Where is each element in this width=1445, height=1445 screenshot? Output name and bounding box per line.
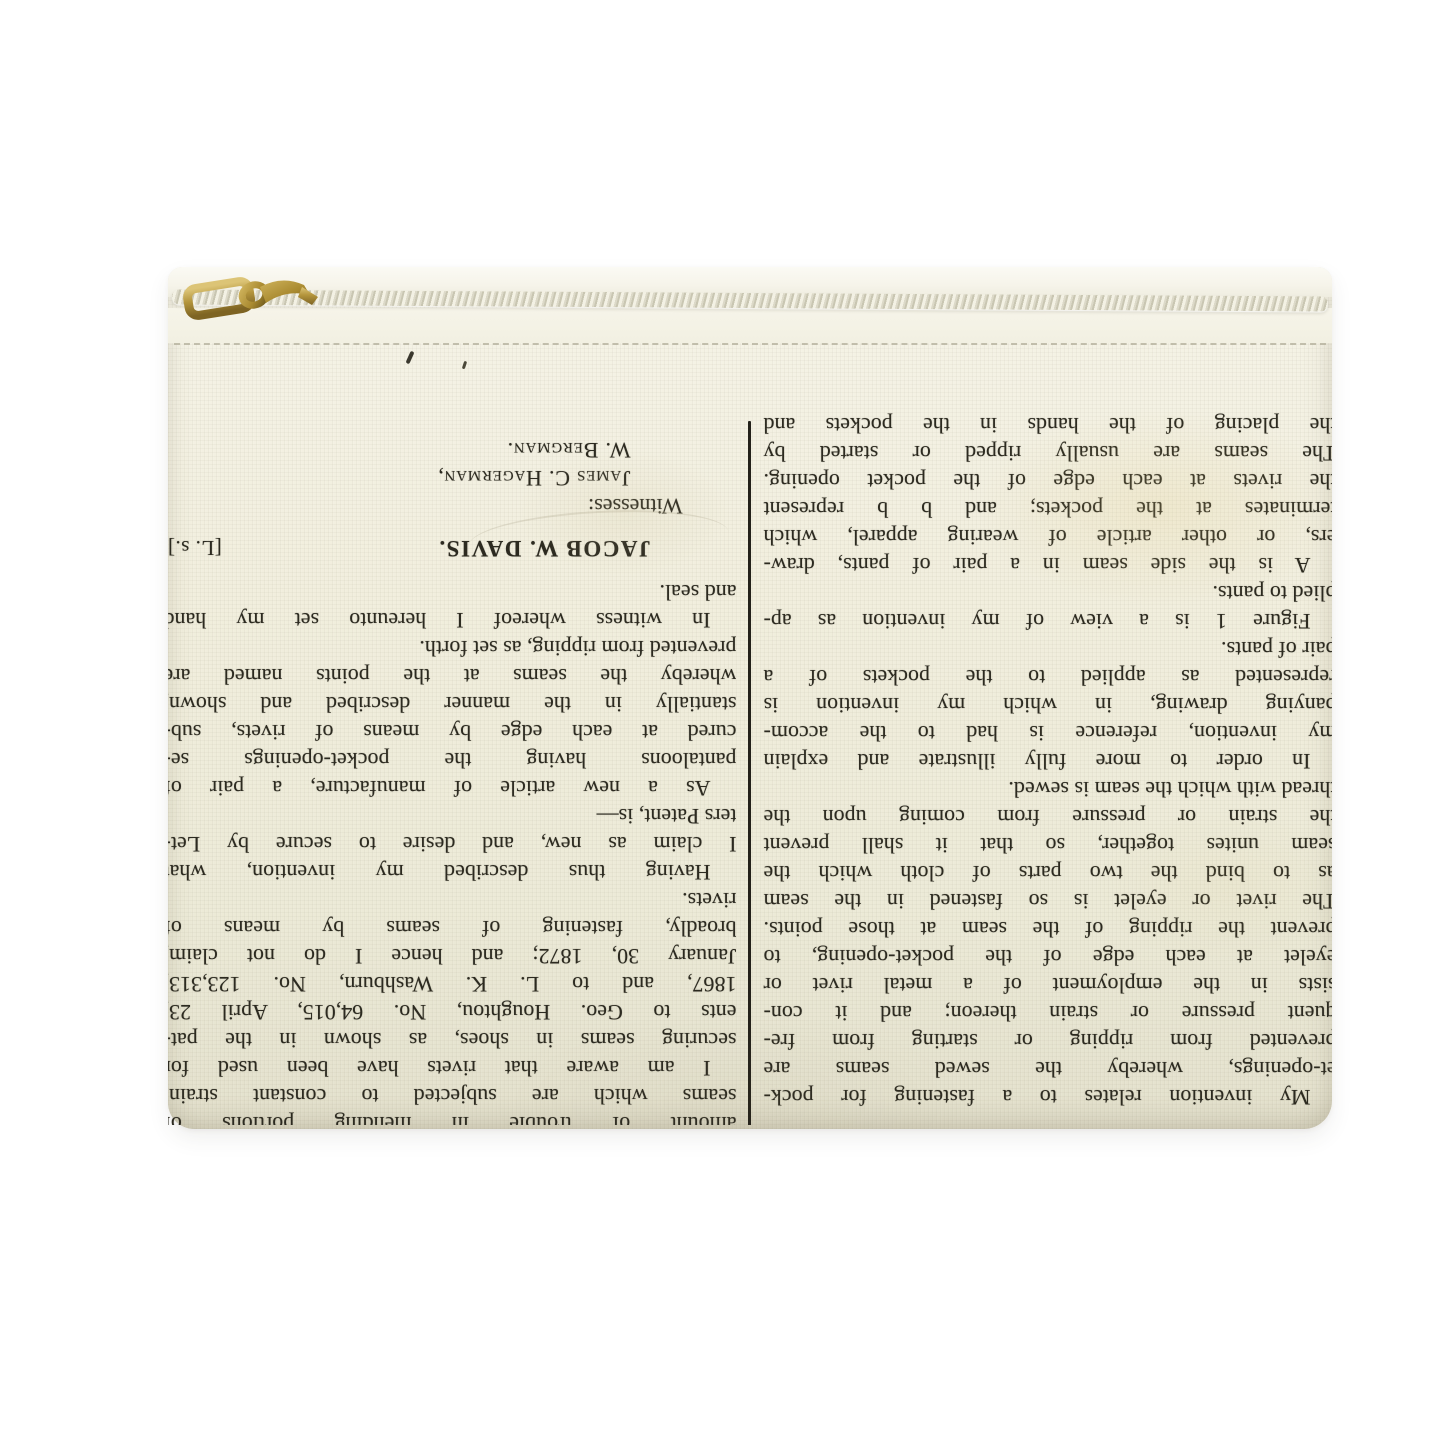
patent-text-line: pair of pants. xyxy=(764,635,1333,663)
patent-text-line: panying drawing, in which my invention i… xyxy=(764,691,1333,719)
patent-text-line: In witness whereof I hereunto set my han… xyxy=(168,606,737,634)
patent-text-line: broadly, fastening of seams by means of xyxy=(168,914,737,942)
patent-text-line: My invention relates to a fastening for … xyxy=(764,1083,1333,1111)
photo-background: My invention relates to a fastening for … xyxy=(0,0,1445,1445)
patent-text-line: In order to more fully illustrate and ex… xyxy=(764,747,1333,775)
patent-text-line: seams which are subjected to constant st… xyxy=(168,1082,737,1110)
patent-text-line: eyelet at each edge of the pocket-openin… xyxy=(764,943,1333,971)
patent-text-line: rivets. xyxy=(168,886,737,914)
patent-text-line: seam unites together, so that it shall p… xyxy=(764,831,1333,859)
patent-text-line: Having thus described my invention, what xyxy=(168,858,737,886)
patent-text-line: January 30, 1872; and hence I do not cla… xyxy=(168,942,737,970)
witness-name: James C. Hagerman, xyxy=(168,464,737,492)
signature-seal: [L. s.] xyxy=(168,534,222,562)
patent-text-line: A is the side seam in a pair of pants, d… xyxy=(764,551,1333,579)
patent-text-line: terminates at the pockets; and b b repre… xyxy=(764,495,1333,523)
patent-column-start: My invention relates to a fastening for … xyxy=(764,351,1333,1111)
patent-text-line: The seams are usually ripped or started … xyxy=(764,439,1333,467)
patent-text-line: my invention, reference is had to the ac… xyxy=(764,719,1333,747)
signature-row: JACOB W. DAVIS. [L. s.] xyxy=(168,532,737,562)
patent-text-line: and seal. xyxy=(168,578,737,606)
patent-column-end: amount of trouble in mending portions of… xyxy=(168,351,737,1125)
column-divider-rule xyxy=(749,421,752,1125)
patent-text-line: prevented from ripping, as set forth. xyxy=(168,634,737,662)
patent-text-line: the rivets at each edge of the pocket op… xyxy=(764,467,1333,495)
patent-text-line: pantaloons having the pocket-openings se… xyxy=(168,746,737,774)
patent-text-line: whereby the seams at the points named ar… xyxy=(168,662,737,690)
witness-name: W. Bergman. xyxy=(168,436,737,464)
patent-text-line: prevent the ripping of the seam at those… xyxy=(764,915,1333,943)
patent-text-line: plied to pants. xyxy=(764,579,1333,607)
patent-text-line: sists in the employment of a metal rivet… xyxy=(764,971,1333,999)
patent-text-line: I claim as new, and desire to secure by … xyxy=(168,830,737,858)
patent-text-line: amount of trouble in mending portions of xyxy=(168,1110,737,1125)
patent-text-line: et-openings, whereby the sewed seams are xyxy=(764,1055,1333,1083)
patent-text-line: represented as applied to the pockets of… xyxy=(764,663,1333,691)
patent-text-line: ters Patent, is— xyxy=(168,802,737,830)
patent-text-line: quent pressure or strain thereon; and it… xyxy=(764,999,1333,1027)
spacer xyxy=(168,562,737,578)
patent-text-line: stantially in the manner described and s… xyxy=(168,690,737,718)
patent-text-line: as to bind the two parts of cloth which … xyxy=(764,859,1333,887)
patent-text-line: securing seams in shoes, as shown in the… xyxy=(168,1026,737,1054)
stitch-line xyxy=(174,343,1326,345)
patent-page-rotated-180: My invention relates to a fastening for … xyxy=(168,351,1332,1125)
patent-text-line: ers, or other article of wearing apparel… xyxy=(764,523,1333,551)
patent-print-window: My invention relates to a fastening for … xyxy=(168,351,1332,1125)
patent-text-line: I am aware that rivets have been used fo… xyxy=(168,1054,737,1082)
zipper-upper-band xyxy=(168,308,1332,343)
patent-text-line: the strain or pressure from coming upon … xyxy=(764,803,1333,831)
accessory-pouch: My invention relates to a fastening for … xyxy=(168,267,1332,1129)
patent-text-line: As a new article of manufacture, a pair … xyxy=(168,774,737,802)
patent-text-line: cured at each edge by means of rivets, s… xyxy=(168,718,737,746)
patent-text-line: The rivet or eyelet is so fastened in th… xyxy=(764,887,1333,915)
patent-text-line: Figure 1 is a view of my invention as ap… xyxy=(764,607,1333,635)
patent-text-line: thread with which the seam is sewed. xyxy=(764,775,1333,803)
patent-text-line: ents to Geo. Houghtou, No. 64,015, April… xyxy=(168,998,737,1026)
patent-text-line: prevented from ripping or starting from … xyxy=(764,1027,1333,1055)
patent-text-line: the placing of the hands in the pockets … xyxy=(764,411,1333,439)
patent-text-line: 1867, and to L. K. Washburn, No. 123,313… xyxy=(168,970,737,998)
brass-zipper-pull-icon xyxy=(172,263,332,327)
patent-column-end-lines: amount of trouble in mending portions of… xyxy=(168,578,737,1125)
